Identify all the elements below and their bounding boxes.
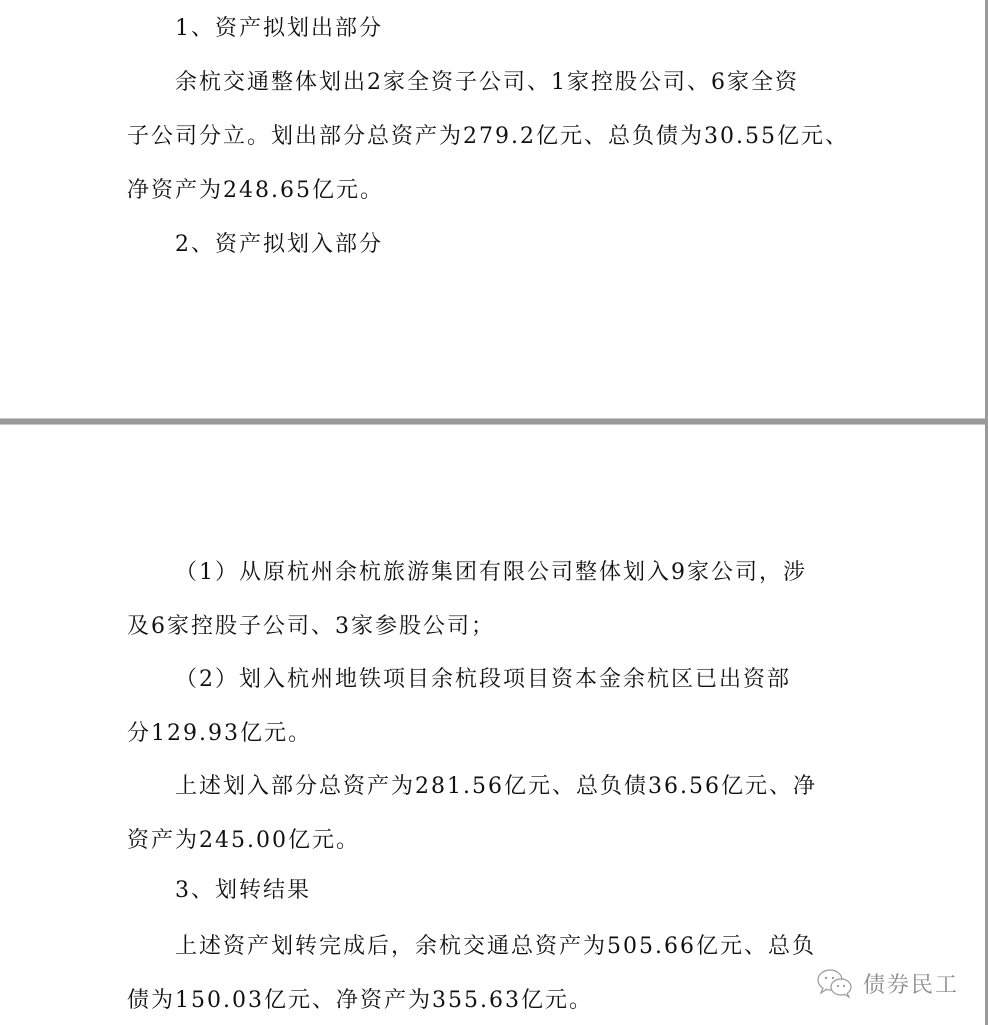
section-heading-1: 1、资产拟划出部分	[175, 14, 383, 44]
paragraph-line: 资产为245.00亿元。	[127, 826, 360, 856]
section-heading-2: 2、资产拟划入部分	[175, 230, 383, 260]
paragraph-line: （1）从原杭州余杭旅游集团有限公司整体划入9家公司，涉	[175, 558, 807, 588]
paragraph-line: 债为150.03亿元、净资产为355.63亿元。	[127, 986, 593, 1016]
paragraph-line: （2）划入杭州地铁项目余杭段项目资本金余杭区已出资部	[175, 665, 791, 695]
watermark-label: 债券民工	[863, 968, 959, 999]
paragraph-line: 分129.93亿元。	[127, 719, 312, 749]
paragraph-line: 上述划入部分总资产为281.56亿元、总负债36.56亿元、净	[175, 772, 817, 802]
paragraph-line: 及6家控股子公司、3家参股公司；	[127, 612, 495, 642]
paragraph-line: 净资产为248.65亿元。	[127, 176, 384, 206]
page-separator	[0, 418, 985, 425]
document-page-1	[0, 0, 985, 418]
paragraph-line: 子公司分立。划出部分总资产为279.2亿元、总负债为30.55亿元、	[127, 122, 849, 152]
section-heading-3: 3、划转结果	[175, 876, 311, 906]
paragraph-line: 余杭交通整体划出2家全资子公司、1家控股公司、6家全资	[175, 68, 799, 98]
watermark: 债券民工	[815, 963, 959, 1003]
wechat-icon	[815, 967, 855, 999]
paragraph-line: 上述资产划转完成后，余杭交通总资产为505.66亿元、总负	[175, 932, 816, 962]
